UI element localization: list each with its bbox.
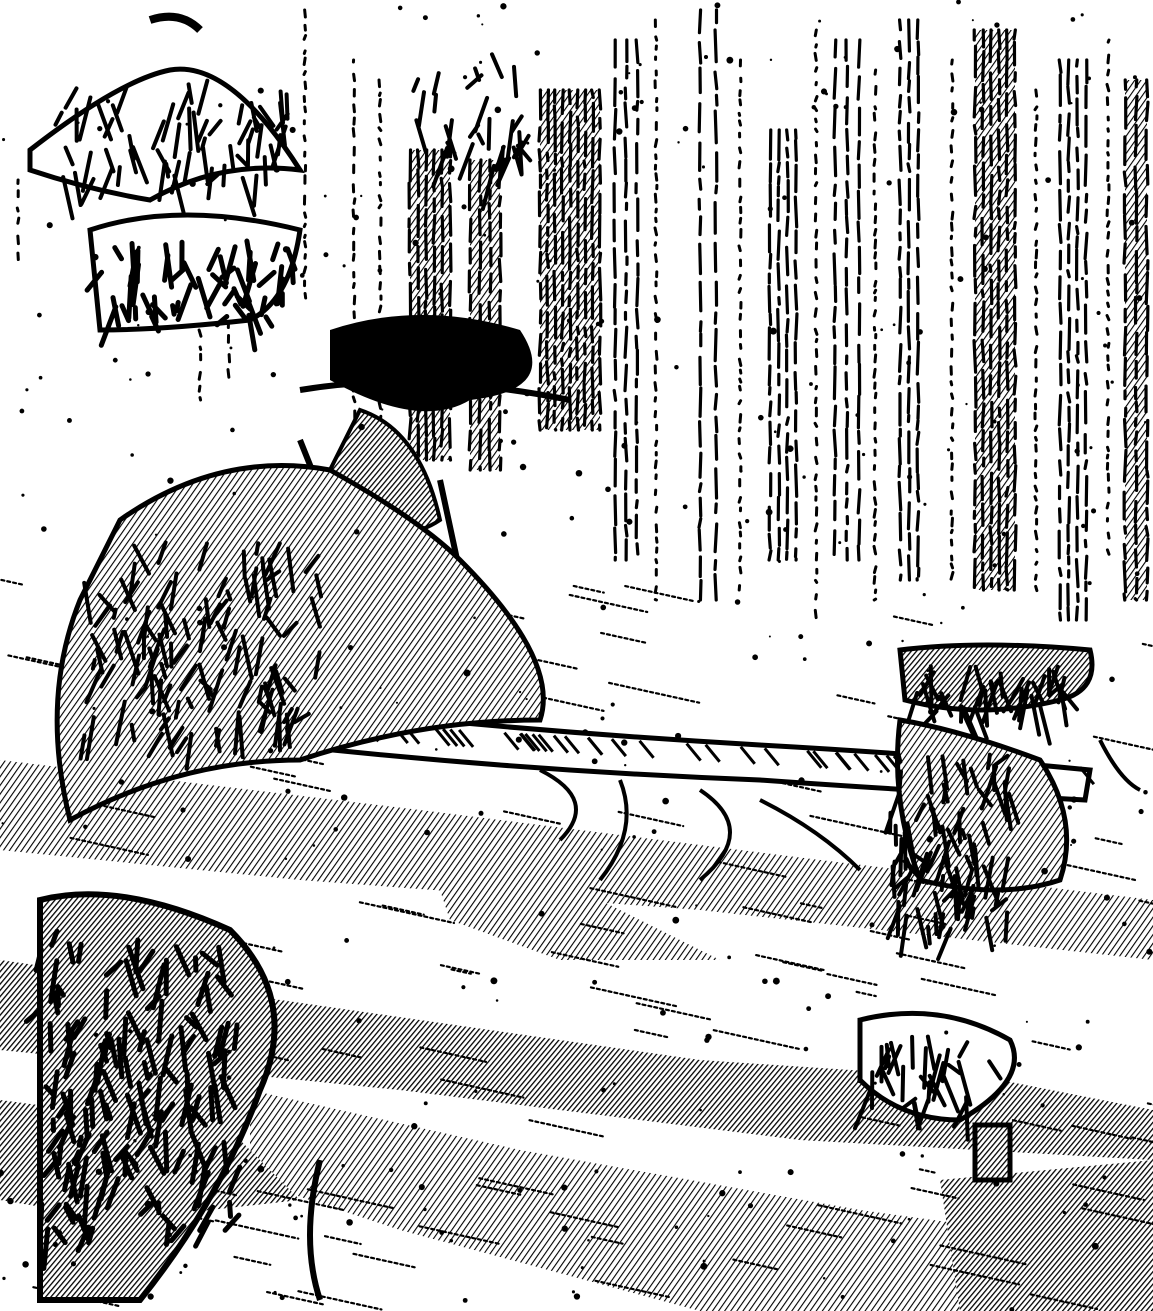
foliage-top-left	[30, 17, 530, 350]
forest-illustration	[0, 0, 1153, 1311]
illustration	[0, 0, 1153, 1311]
